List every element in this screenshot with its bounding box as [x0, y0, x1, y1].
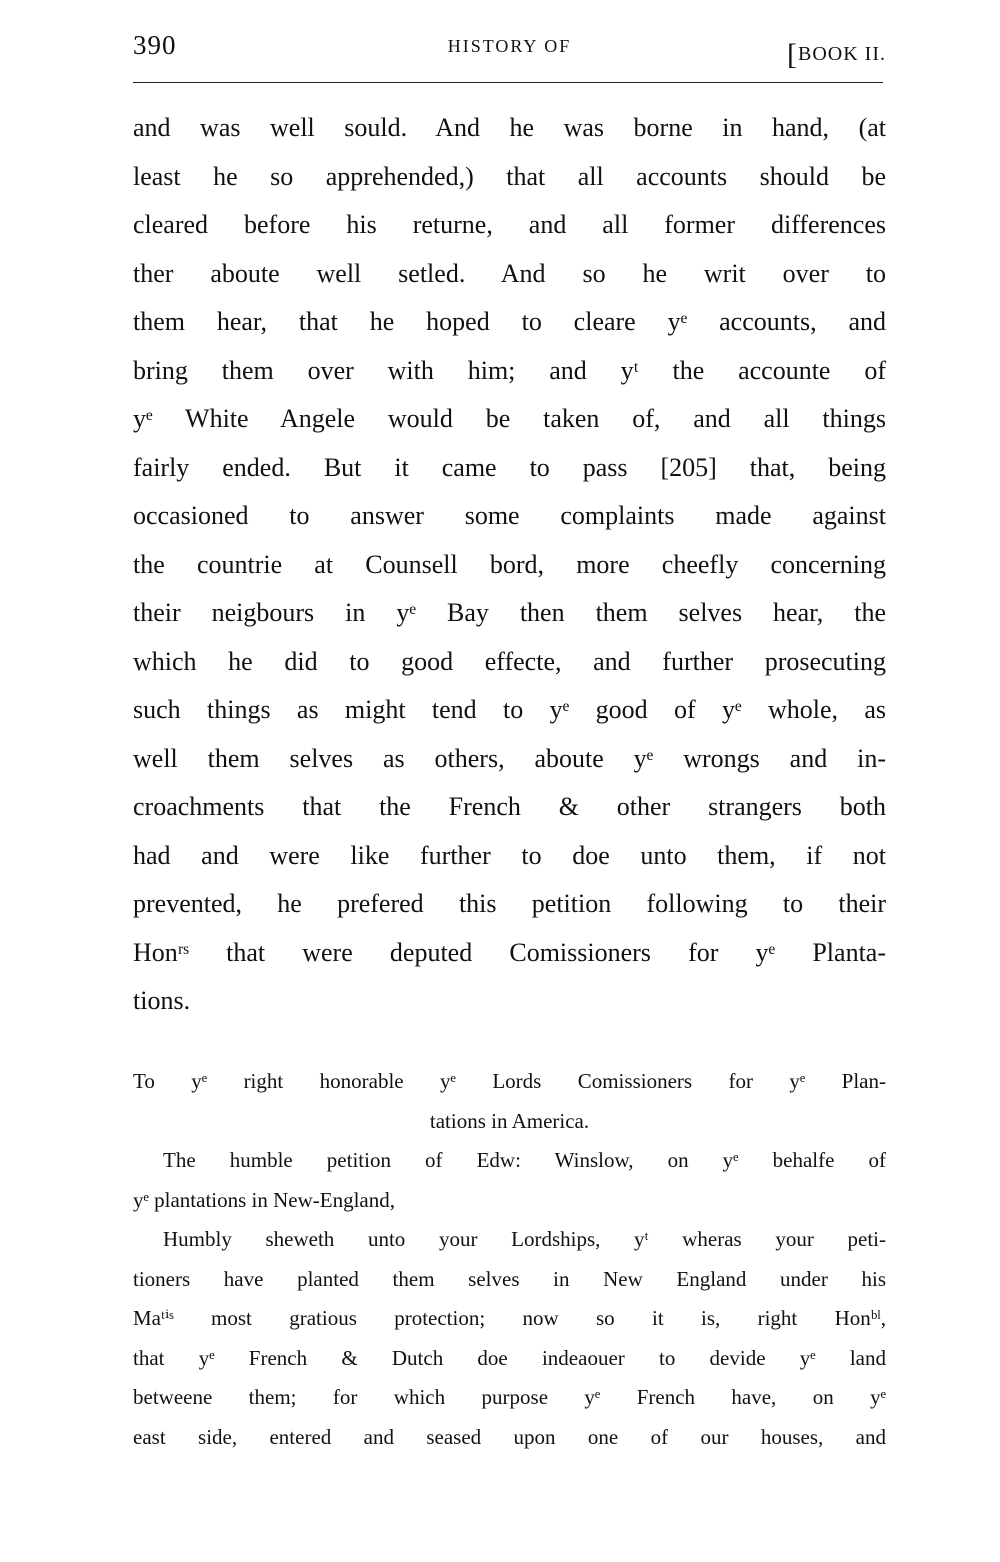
text-line: them hear, that he hoped to cleare yᵉ ac… — [133, 298, 886, 347]
bracket-glyph: [ — [787, 38, 798, 71]
text-line: croachments that the French & other stra… — [133, 783, 886, 832]
body-paragraph: and was well sould. And he was borne in … — [133, 104, 886, 1026]
text-line: their neigbours in yᵉ Bay then them selv… — [133, 589, 886, 638]
text-line: had and were like further to doe unto th… — [133, 832, 886, 881]
text-line: such things as might tend to yᵉ good of … — [133, 686, 886, 735]
petition-address-line: To yᵉ right honorable yᵉ Lords Comission… — [133, 1062, 886, 1102]
text-line: and was well sould. And he was borne in … — [133, 104, 886, 153]
petition-line: The humble petition of Edw: Winslow, on … — [133, 1141, 886, 1181]
text-line: bring them over with him; and yᵗ the acc… — [133, 347, 886, 396]
petition-line: that yᵉ French & Dutch doe indeaouer to … — [133, 1339, 886, 1379]
text-line: Honʳˢ that were deputed Comissioners for… — [133, 929, 886, 978]
text-line: the countrie at Counsell bord, more chee… — [133, 541, 886, 590]
text-line: fairly ended. But it came to pass [205] … — [133, 444, 886, 493]
page-header: 390 HISTORY OF [BOOK II. — [133, 30, 886, 70]
text-line: occasioned to answer some complaints mad… — [133, 492, 886, 541]
book-reference: [BOOK II. — [787, 34, 886, 68]
text-line: cleared before his returne, and all form… — [133, 201, 886, 250]
text-line: well them selves as others, aboute yᵉ wr… — [133, 735, 886, 784]
header-rule — [133, 82, 883, 83]
book-reference-label: BOOK II. — [798, 43, 886, 65]
text-line: least he so apprehended,) that all accou… — [133, 153, 886, 202]
petition-line: yᵉ plantations in New-England, — [133, 1181, 886, 1221]
text-line: prevented, he prefered this petition fol… — [133, 880, 886, 929]
petition-line: Humbly sheweth unto your Lordships, yᵗ w… — [133, 1220, 886, 1260]
text-line: tions. — [133, 977, 886, 1026]
petition-line: Maᵗⁱˢ most gratious protection; now so i… — [133, 1299, 886, 1339]
petition-line: east side, entered and seased upon one o… — [133, 1418, 886, 1458]
running-title: HISTORY OF — [133, 36, 886, 57]
text-line: yᵉ White Angele would be taken of, and a… — [133, 395, 886, 444]
petition-line: tioners have planted them selves in New … — [133, 1260, 886, 1300]
petition-block: To yᵉ right honorable yᵉ Lords Comission… — [133, 1062, 886, 1457]
text-line: which he did to good effecte, and furthe… — [133, 638, 886, 687]
petition-address-line: tations in America. — [133, 1102, 886, 1142]
petition-line: betweene them; for which purpose yᵉ Fren… — [133, 1378, 886, 1418]
text-line: ther aboute well setled. And so he writ … — [133, 250, 886, 299]
